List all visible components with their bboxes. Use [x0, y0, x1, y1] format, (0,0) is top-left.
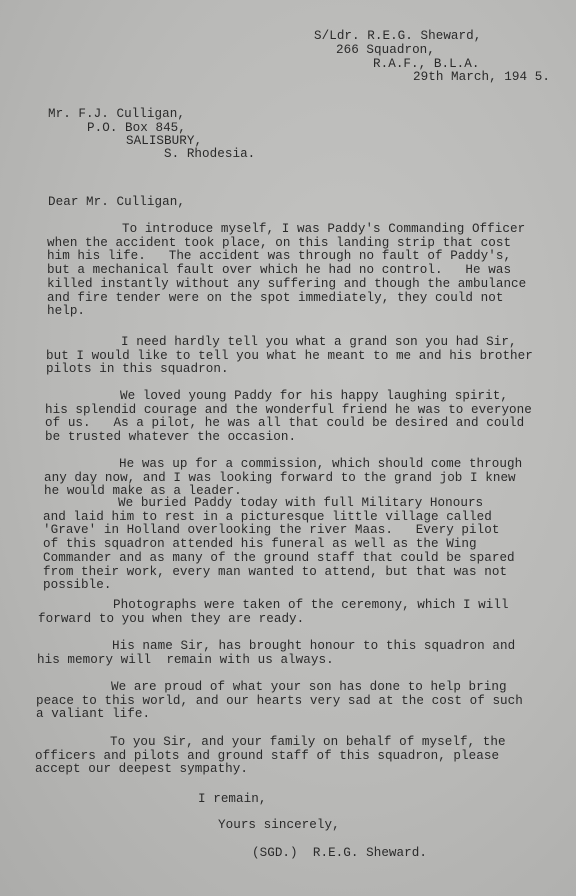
- paragraph-line: him his life. The accident was through n…: [47, 250, 511, 264]
- salutation: Dear Mr. Culligan,: [48, 196, 185, 210]
- letter-page: S/Ldr. R.E.G. Sheward, 266 Squadron, R.A…: [0, 0, 576, 896]
- paragraph-line: but a mechanical fault over which he had…: [47, 264, 511, 278]
- paragraph-line: a valiant life.: [36, 708, 150, 722]
- paragraph-line: We are proud of what your son has done t…: [111, 681, 507, 695]
- paragraph-line: peace to this world, and our hearts very…: [36, 695, 523, 709]
- paragraph-line: accept our deepest sympathy.: [35, 763, 248, 777]
- closing-sincerely: Yours sincerely,: [218, 819, 340, 833]
- paragraph-line: when the accident took place, on this la…: [47, 237, 511, 251]
- closing-remain: I remain,: [198, 793, 266, 807]
- paragraph-line: and fire tender were on the spot immedia…: [47, 292, 503, 306]
- paragraph-line: of us. As a pilot, he was all that could…: [45, 417, 524, 431]
- paragraph-line: officers and pilots and ground staff of …: [35, 750, 499, 764]
- paragraph-line: forward to you when they are ready.: [38, 613, 304, 627]
- sender-unit: 266 Squadron,: [336, 44, 435, 58]
- recipient-country: S. Rhodesia.: [164, 148, 255, 162]
- paragraph-line: killed instantly without any suffering a…: [47, 278, 526, 292]
- paragraph-line: His name Sir, has brought honour to this…: [112, 640, 515, 654]
- paragraph-line: possible.: [43, 579, 111, 593]
- paragraph-line: and laid him to rest in a picturesque li…: [43, 511, 492, 525]
- sender-name: S/Ldr. R.E.G. Sheward,: [314, 30, 481, 44]
- paragraph-line: To you Sir, and your family on behalf of…: [110, 736, 506, 750]
- paragraph-line: but I would like to tell you what he mea…: [46, 350, 533, 364]
- paragraph-line: To introduce myself, I was Paddy's Comma…: [122, 223, 525, 237]
- paragraph-line: Photographs were taken of the ceremony, …: [113, 599, 509, 613]
- paragraph-line: Commander and as many of the ground staf…: [43, 552, 515, 566]
- paragraph-line: We buried Paddy today with full Military…: [118, 497, 483, 511]
- paragraph-line: I need hardly tell you what a grand son …: [121, 336, 517, 350]
- recipient-name: Mr. F.J. Culligan,: [48, 108, 185, 122]
- letter-date: 29th March, 194 5.: [413, 71, 550, 85]
- paragraph-line: of this squadron attended his funeral as…: [43, 538, 477, 552]
- paragraph-line: He was up for a commission, which should…: [119, 458, 522, 472]
- paragraph-line: his memory will remain with us always.: [37, 654, 334, 668]
- paragraph-line: pilots in this squadron.: [46, 363, 229, 377]
- paragraph-line: help.: [47, 305, 85, 319]
- paragraph-line: from their work, every man wanted to att…: [43, 566, 507, 580]
- paragraph-line: be trusted whatever the occasion.: [45, 431, 296, 445]
- paragraph-line: We loved young Paddy for his happy laugh…: [120, 390, 508, 404]
- paragraph-line: 'Grave' in Holland overlooking the river…: [43, 524, 499, 538]
- paragraph-line: his splendid courage and the wonderful f…: [45, 404, 532, 418]
- paragraph-line: any day now, and I was looking forward t…: [44, 472, 516, 486]
- signature: (SGD.) R.E.G. Sheward.: [252, 847, 427, 861]
